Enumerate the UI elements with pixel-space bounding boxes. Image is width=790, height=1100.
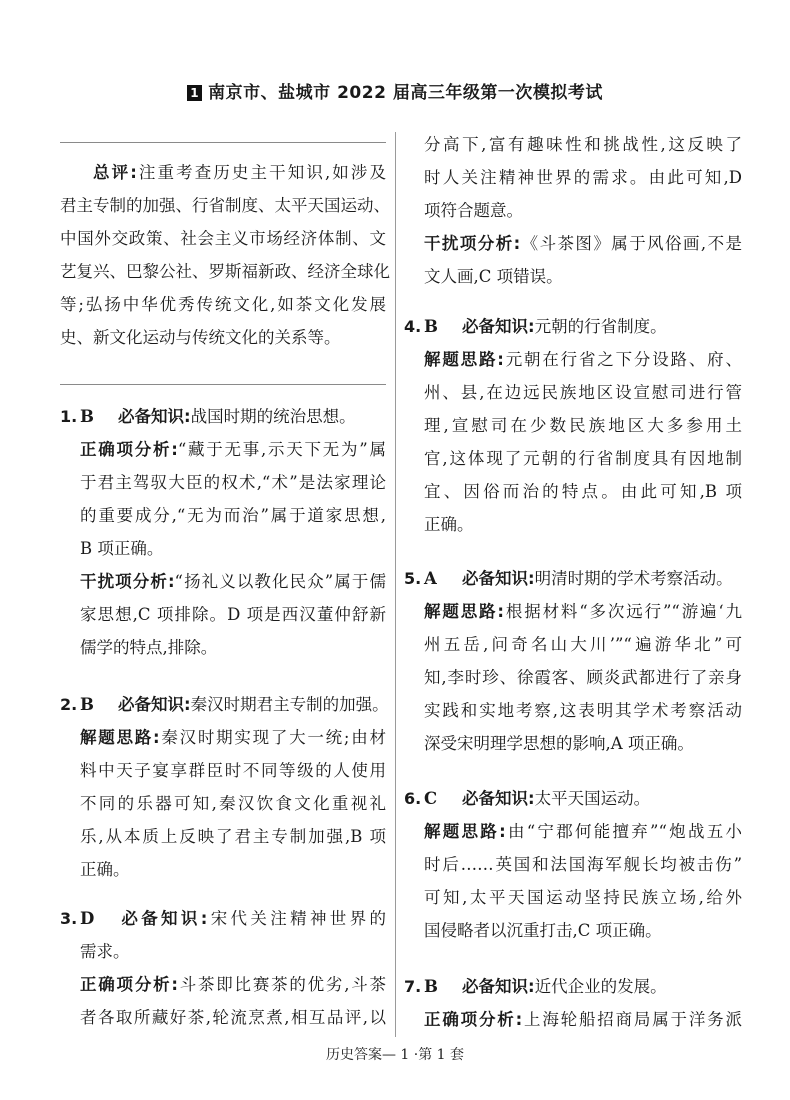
section-label: 解题思路: <box>424 602 504 621</box>
analysis-line: 实践和实地考察,这表明其学术考察活动 <box>404 694 742 727</box>
knowledge-label: 必备知识: <box>462 317 535 336</box>
analysis-line: 料中天子宴享群臣时不同等级的人使用 <box>60 754 386 787</box>
summary-line: 中国外交政策、社会主义市场经济体制、文 <box>60 222 386 255</box>
question-number: 2. <box>60 688 80 721</box>
question-head: 4.B必备知识:元朝的行省制度。 <box>404 310 742 343</box>
question-number: 6. <box>404 782 424 815</box>
summary-line: 艺复兴、巴黎公社、罗斯福新政、经济全球化 <box>60 255 386 288</box>
analysis-line: 时人关注精神世界的需求。由此可知,D <box>424 161 742 194</box>
question-head: 6.C必备知识:太平天国运动。 <box>404 782 742 815</box>
knowledge-text: 元朝的行省制度。 <box>535 317 667 336</box>
knowledge-label: 必备知识: <box>118 695 191 714</box>
page-title: 1南京市、盐城市 2022 届高三年级第一次模拟考试 <box>0 78 790 103</box>
analysis-line: 理,宣慰司在少数民族地区大多参用土 <box>404 409 742 442</box>
section-label: 解题思路: <box>80 728 160 747</box>
section-label: 正确项分析: <box>80 975 178 994</box>
question-number: 4. <box>404 310 424 343</box>
analysis-line: 正确。 <box>60 853 386 886</box>
question-head: 7.B必备知识:近代企业的发展。 <box>404 970 742 1003</box>
question-head: 1.B必备知识:战国时期的统治思想。 <box>60 400 386 433</box>
knowledge-label: 必备知识: <box>118 909 207 928</box>
section-label: 解题思路: <box>424 350 504 369</box>
summary-line: 等;弘扬中华优秀传统文化,如茶文化发展 <box>60 288 386 321</box>
analysis-line: 正确项分析:上海轮船招商局属于洋务派 <box>404 1003 742 1036</box>
question-head: 2.B必备知识:秦汉时期君主专制的加强。 <box>60 688 386 721</box>
column-divider <box>395 132 396 1037</box>
analysis-line: 宜、因俗而治的特点。由此可知,B 项 <box>404 475 742 508</box>
analysis-line: 干扰项分析:“扬礼义以教化民众”属于儒 <box>60 565 386 598</box>
exam-title-text: 南京市、盐城市 2022 届高三年级第一次模拟考试 <box>208 83 603 103</box>
question-number: 3. <box>60 902 80 935</box>
section-label: 干扰项分析: <box>424 234 520 253</box>
analysis-line: 知,李时珍、徐霞客、顾炎武都进行了亲身 <box>404 661 742 694</box>
question-3: 3.D必备知识:宋代关注精神世界的 需求。 正确项分析:斗茶即比赛茶的优劣,斗茶… <box>60 902 386 1034</box>
analysis-line: 官,这体现了元朝的行省制度具有因地制 <box>404 442 742 475</box>
analysis-line: 国侵略者以沉重打击,C 项正确。 <box>404 914 742 947</box>
analysis-line: 项符合题意。 <box>424 194 742 227</box>
analysis-line: 解题思路:元朝在行省之下分设路、府、 <box>404 343 742 376</box>
knowledge-text-cont: 需求。 <box>60 935 386 968</box>
question-6: 6.C必备知识:太平天国运动。 解题思路:由“宁郡何能擅弃”“炮战五小 时后……… <box>404 782 742 947</box>
summary-top-rule <box>60 142 386 143</box>
knowledge-label: 必备知识: <box>462 569 535 588</box>
question-answer: B <box>80 400 118 433</box>
summary-line: 总评:注重考查历史主干知识,如涉及 <box>60 156 386 189</box>
analysis-line: 分高下,富有趣味性和挑战性,这反映了 <box>424 128 742 161</box>
analysis-line: 可知,太平天国运动坚持民族立场,给外 <box>404 881 742 914</box>
analysis-line: 儒学的特点,排除。 <box>60 631 386 664</box>
section-label: 干扰项分析: <box>80 572 175 591</box>
question-answer: B <box>424 310 462 343</box>
question-5: 5.A必备知识:明清时期的学术考察活动。 解题思路:根据材料“多次远行”“游遍‘… <box>404 562 742 760</box>
knowledge-label: 必备知识: <box>462 977 535 996</box>
knowledge-text: 近代企业的发展。 <box>535 977 667 996</box>
analysis-line: 州、县,在边远民族地区设宣慰司进行管 <box>404 376 742 409</box>
section-label: 正确项分析: <box>80 440 178 459</box>
question-head: 3.D必备知识:宋代关注精神世界的 <box>60 902 386 935</box>
question-1: 1.B必备知识:战国时期的统治思想。 正确项分析:“藏于无事,示天下无为”属 于… <box>60 400 386 664</box>
analysis-line: 深受宋明理学思想的影响,A 项正确。 <box>404 727 742 760</box>
analysis-line: 干扰项分析:《斗茶图》属于风俗画,不是 <box>424 227 742 260</box>
question-3-continued: 分高下,富有趣味性和挑战性,这反映了 时人关注精神世界的需求。由此可知,D 项符… <box>424 128 742 293</box>
analysis-line: 时后……英国和法国海军舰长均被击伤” <box>404 848 742 881</box>
question-number: 7. <box>404 970 424 1003</box>
knowledge-text: 宋代关注精神世界的 <box>207 909 386 928</box>
summary-bottom-rule <box>60 384 386 385</box>
knowledge-text: 战国时期的统治思想。 <box>191 407 356 426</box>
analysis-line: 正确项分析:“藏于无事,示天下无为”属 <box>60 433 386 466</box>
summary-block: 总评:注重考查历史主干知识,如涉及 君主专制的加强、行省制度、太平天国运动、 中… <box>60 156 386 354</box>
summary-line: 史、新文化运动与传统文化的关系等。 <box>60 321 386 354</box>
question-answer: B <box>80 688 118 721</box>
question-answer: B <box>424 970 462 1003</box>
question-number: 1. <box>60 400 80 433</box>
analysis-line: 州五岳,问奇名山大川’”“遍游华北”可 <box>404 628 742 661</box>
section-label: 正确项分析: <box>424 1010 522 1029</box>
question-answer: C <box>424 782 462 815</box>
knowledge-label: 必备知识: <box>462 789 535 808</box>
knowledge-text: 太平天国运动。 <box>535 789 651 808</box>
question-4: 4.B必备知识:元朝的行省制度。 解题思路:元朝在行省之下分设路、府、 州、县,… <box>404 310 742 541</box>
analysis-line: 乐,从本质上反映了君主专制加强,B 项 <box>60 820 386 853</box>
question-answer: A <box>424 562 462 595</box>
analysis-line: 不同的乐器可知,秦汉饮食文化重视礼 <box>60 787 386 820</box>
analysis-line: B 项正确。 <box>60 532 386 565</box>
analysis-line: 的重要成分,“无为而治”属于道家思想, <box>60 499 386 532</box>
question-answer: D <box>80 902 118 935</box>
question-7: 7.B必备知识:近代企业的发展。 正确项分析:上海轮船招商局属于洋务派 <box>404 970 742 1036</box>
knowledge-text: 明清时期的学术考察活动。 <box>535 569 733 588</box>
summary-line: 君主专制的加强、行省制度、太平天国运动、 <box>60 189 386 222</box>
analysis-line: 家思想,C 项排除。D 项是西汉董仲舒新 <box>60 598 386 631</box>
analysis-line: 于君主驾驭大臣的权术,“术”是法家理论 <box>60 466 386 499</box>
summary-label: 总评: <box>93 163 137 182</box>
analysis-line: 解题思路:由“宁郡何能擅弃”“炮战五小 <box>404 815 742 848</box>
knowledge-text: 秦汉时期君主专制的加强。 <box>191 695 389 714</box>
exam-number-badge: 1 <box>187 85 202 101</box>
question-head: 5.A必备知识:明清时期的学术考察活动。 <box>404 562 742 595</box>
question-number: 5. <box>404 562 424 595</box>
analysis-line: 者各取所藏好茶,轮流烹煮,相互品评,以 <box>60 1001 386 1034</box>
analysis-line: 解题思路:秦汉时期实现了大一统;由材 <box>60 721 386 754</box>
analysis-line: 解题思路:根据材料“多次远行”“游遍‘九 <box>404 595 742 628</box>
analysis-line: 文人画,C 项错误。 <box>424 260 742 293</box>
analysis-line: 正确项分析:斗茶即比赛茶的优劣,斗茶 <box>60 968 386 1001</box>
section-label: 解题思路: <box>424 822 506 841</box>
analysis-line: 正确。 <box>404 508 742 541</box>
page-footer: 历史答案— 1 ·第 1 套 <box>0 1044 790 1064</box>
question-2: 2.B必备知识:秦汉时期君主专制的加强。 解题思路:秦汉时期实现了大一统;由材 … <box>60 688 386 886</box>
knowledge-label: 必备知识: <box>118 407 191 426</box>
